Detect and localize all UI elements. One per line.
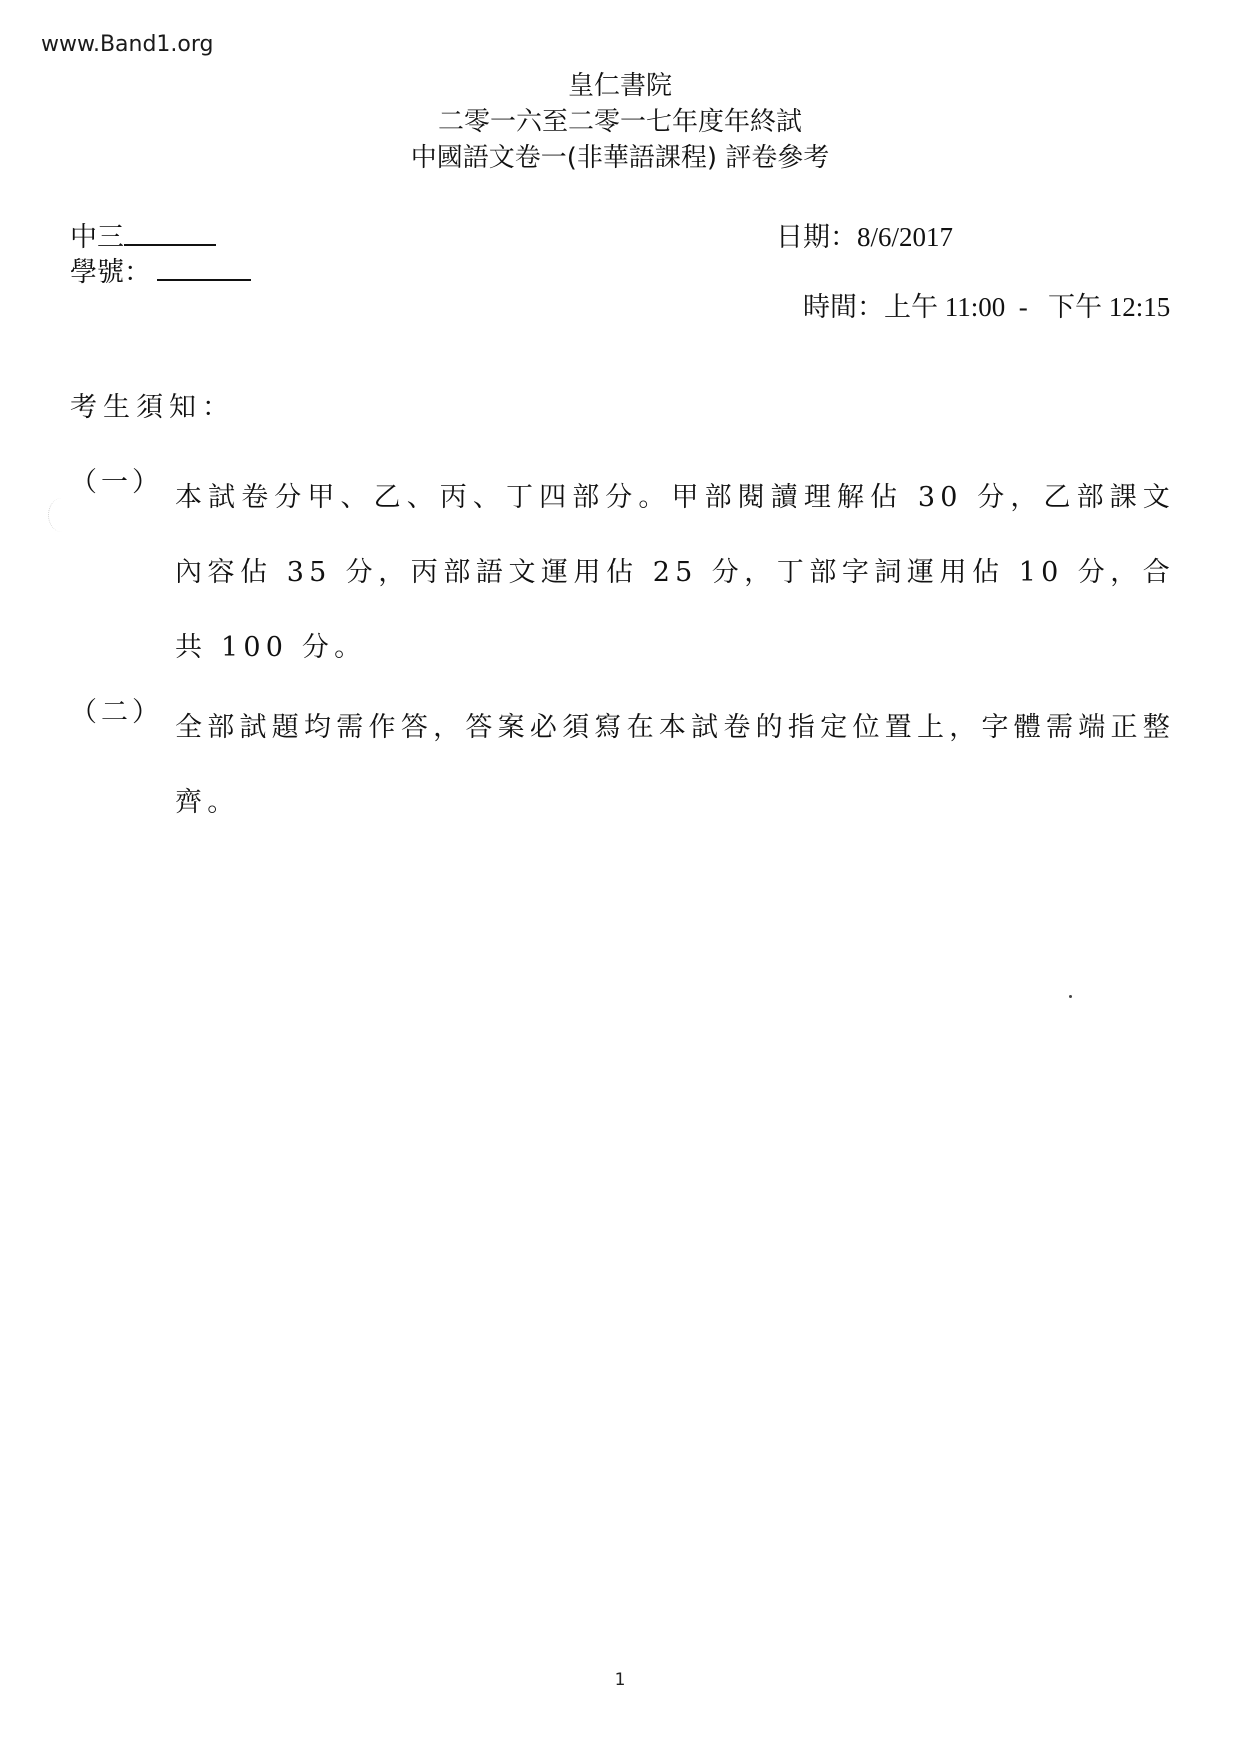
scan-artifact (48, 498, 75, 532)
date-row: 日期：8/6/2017 (776, 220, 1170, 255)
notice-title: 考生須知： (70, 385, 235, 424)
time-row: 時間：上午 11:00 - 下午 12:15 (776, 255, 1170, 360)
notice-item-text: 全部試題均需作答，答案必須寫在本試卷的指定位置上，字體需端正整齊。 (175, 690, 1175, 840)
watermark-text: www.Band1.org (41, 32, 214, 57)
exam-schedule: 日期：8/6/2017 時間：上午 11:00 - 下午 12:15 (776, 220, 1170, 360)
scan-artifact (1069, 995, 1072, 998)
paper-title: 中國語文卷一(非華語課程) 評卷參考 (0, 140, 1240, 176)
class-label: 中三 (70, 222, 124, 252)
date-value: 8/6/2017 (857, 222, 953, 252)
date-label: 日期： (776, 222, 857, 252)
class-blank-field[interactable] (124, 222, 216, 246)
exam-title: 二零一六至二零一七年度年終試 (0, 104, 1240, 140)
student-info: 中三 學號： (70, 220, 251, 290)
time-label: 時間： (803, 292, 884, 322)
notice-item-number: （二） (70, 690, 163, 729)
page-number: 1 (0, 1670, 1240, 1690)
class-row: 中三 (70, 220, 251, 255)
student-no-row: 學號： (70, 255, 251, 290)
notice-item-text: 本試卷分甲、乙、丙、丁四部分。甲部閱讀理解佔 30 分，乙部課文內容佔 35 分… (175, 460, 1175, 685)
student-no-label: 學號： (70, 257, 151, 287)
notice-item-number: （一） (70, 460, 163, 499)
school-name: 皇仁書院 (0, 68, 1240, 104)
document-header: 皇仁書院 二零一六至二零一七年度年終試 中國語文卷一(非華語課程) 評卷參考 (0, 68, 1240, 176)
student-no-blank-field[interactable] (157, 257, 251, 281)
time-value: 上午 11:00 - 下午 12:15 (884, 292, 1170, 322)
